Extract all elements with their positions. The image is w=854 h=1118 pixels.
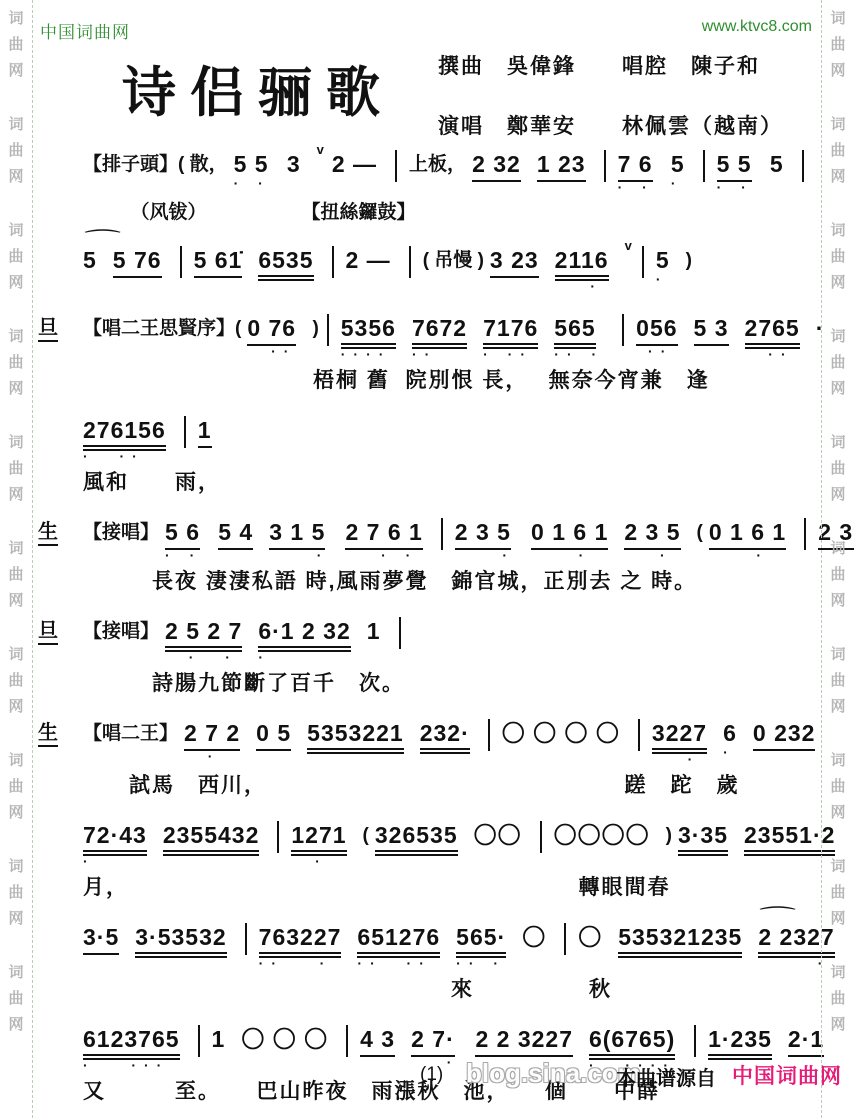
octave-dots: · bbox=[555, 281, 603, 292]
octave-dots bbox=[241, 1053, 253, 1064]
score-system: ⌒5 5 76 5 61̇ 6535 2 — ( 吊慢 )3 23 2116 ·… bbox=[38, 234, 826, 292]
note-group: 3·35 bbox=[678, 821, 728, 856]
left-watermark-column: 词曲网词曲网词曲网词曲网词曲网词曲网词曲网词曲网词曲网词曲网 bbox=[0, 0, 33, 1118]
watermark-char: 曲 bbox=[8, 350, 23, 376]
notation-token: 232· bbox=[420, 719, 470, 765]
watermark-char: 网 bbox=[8, 694, 23, 720]
notation-token: 3·5 bbox=[83, 923, 119, 966]
note-group: 0 76 bbox=[247, 314, 296, 346]
octave-dots bbox=[490, 278, 502, 289]
note-group: 2 7· bbox=[411, 1025, 455, 1057]
octave-dots bbox=[256, 751, 268, 762]
watermark-group: 词曲网 bbox=[830, 960, 845, 1038]
watermark-char: 词 bbox=[830, 536, 845, 562]
breath-mark: v bbox=[625, 238, 632, 253]
note-group: 3 23 bbox=[490, 246, 539, 278]
notation-token: 3 1 5 · bbox=[269, 518, 329, 561]
octave-dots bbox=[474, 849, 486, 860]
watermark-char: 网 bbox=[830, 270, 845, 296]
octave-dots bbox=[212, 1053, 224, 1064]
notation-token: 0 1 6 1 · bbox=[709, 518, 786, 561]
watermark-char: 网 bbox=[830, 800, 845, 826]
note-group: 6123765 bbox=[83, 1025, 180, 1060]
notation-token: 7 6· · bbox=[618, 150, 655, 193]
notation-token: 1 bbox=[212, 1025, 226, 1064]
note-group: 72·43 bbox=[83, 821, 147, 856]
octave-dots: ·· bbox=[412, 349, 449, 360]
notation-line: 276156· ··1 bbox=[38, 404, 826, 462]
score-system: 276156· ··1 風和 雨， bbox=[38, 404, 826, 496]
watermark-group: 词曲网 bbox=[830, 6, 845, 84]
watermark-group: 词曲网 bbox=[830, 536, 845, 614]
watermark-char: 曲 bbox=[830, 668, 845, 694]
notation-token: 3·53532 bbox=[135, 923, 226, 969]
octave-dots bbox=[135, 958, 147, 969]
notation-line: ⌒5 5 76 5 61̇ 6535 2 — ( 吊慢 )3 23 2116 ·… bbox=[38, 234, 826, 292]
octave-dots: ·· ·· bbox=[357, 958, 431, 969]
notation-token: 6· bbox=[723, 719, 737, 758]
octave-dots bbox=[618, 958, 630, 969]
note-group: 0 1 6 1 bbox=[709, 518, 786, 550]
notation-line: 【接唱】5 6· ·5 4 3 1 5 ·2 7 6 1 · ·2 3 5 ·0… bbox=[38, 506, 826, 561]
note-group: 5 5 bbox=[717, 150, 752, 182]
notation-token: 1 23 bbox=[537, 150, 586, 193]
breath-mark: v bbox=[317, 142, 324, 157]
octave-dots: ·· · bbox=[259, 958, 333, 969]
section-label: ( bbox=[697, 518, 703, 548]
barline bbox=[346, 1025, 348, 1057]
note-group: 3·5 bbox=[83, 923, 119, 955]
octave-dots: ·· bbox=[636, 346, 673, 357]
score-system: 【排子頭】( 散，5 5· ·3 v2 — 上板，2 32 1 23 7 6· … bbox=[38, 138, 826, 224]
barline bbox=[441, 518, 443, 550]
barline bbox=[245, 923, 247, 955]
note-group: 2 7 6 1 bbox=[345, 518, 422, 550]
page-title: 诗侣骊歌 bbox=[122, 50, 394, 127]
right-watermark-column: 词曲网词曲网词曲网词曲网词曲网词曲网词曲网词曲网词曲网词曲网 bbox=[821, 0, 854, 1118]
note-group: 〇 bbox=[522, 923, 546, 951]
watermark-char: 曲 bbox=[830, 774, 845, 800]
note-group: 056 bbox=[636, 314, 677, 346]
note-group: 5 5 bbox=[234, 150, 269, 178]
note-group: 2·1 bbox=[788, 1025, 824, 1057]
octave-dots bbox=[367, 645, 379, 656]
watermark-char: 词 bbox=[8, 854, 23, 880]
watermark-char: 网 bbox=[8, 800, 23, 826]
octave-dots bbox=[502, 747, 514, 758]
role-marker: 旦 bbox=[38, 316, 58, 342]
note-group: 2 32 bbox=[472, 150, 521, 182]
octave-dots: · bbox=[291, 856, 339, 867]
watermark-group: 词曲网 bbox=[830, 642, 845, 720]
score-system: 6123765· ···1 〇 〇 〇 4 3 2 7· ·2 2 3227 6… bbox=[38, 1013, 826, 1105]
note-group: 〇〇〇〇 bbox=[554, 821, 650, 849]
notation-token: 3 23 bbox=[490, 246, 539, 289]
octave-dots bbox=[678, 856, 690, 867]
octave-dots bbox=[472, 182, 484, 193]
note-group: 6·1 2 32 bbox=[258, 617, 350, 652]
watermark-char: 网 bbox=[830, 694, 845, 720]
note-group: 565 bbox=[554, 314, 595, 349]
watermark-char: 网 bbox=[8, 376, 23, 402]
note-group: 3227 bbox=[652, 719, 707, 754]
barline bbox=[277, 821, 279, 853]
octave-dots: · · bbox=[234, 178, 271, 189]
octave-dots bbox=[522, 951, 534, 962]
lyrics-line: 風和 雨， bbox=[38, 466, 826, 496]
score-system: 3·5 3·53532 763227·· ·651276·· ··565··· … bbox=[38, 911, 826, 1003]
section-label: ) bbox=[686, 246, 692, 276]
note-group: 〇 〇 〇 bbox=[241, 1025, 328, 1053]
watermark-group: 词曲网 bbox=[830, 854, 845, 932]
notation-token: ⌒5 bbox=[83, 246, 97, 285]
watermark-char: 词 bbox=[830, 324, 845, 350]
site-name: 中国词曲网 bbox=[40, 18, 130, 43]
note-group: 〇 〇 〇 〇 bbox=[502, 719, 620, 747]
note-group: 5353221 bbox=[307, 719, 404, 754]
octave-dots: · bbox=[83, 856, 96, 867]
score-system: 旦【唱二王思賢序】(0 76 ··)5356····7672·· 7176· ·… bbox=[38, 302, 826, 394]
note-group: 5 bbox=[83, 246, 97, 274]
watermark-char: 网 bbox=[830, 482, 845, 508]
watermark-char: 词 bbox=[8, 112, 23, 138]
octave-dots bbox=[346, 274, 358, 285]
note-group: 535321235 bbox=[618, 923, 742, 958]
notation-line: 【接唱】2 5 2 7 · ·6·1 2 32·1 bbox=[38, 605, 826, 663]
notation-token: 〇 bbox=[578, 923, 602, 962]
watermark-char: 曲 bbox=[830, 138, 845, 164]
notation-token: 565··· · bbox=[456, 923, 506, 969]
notation-token: 2 3 5 · bbox=[455, 518, 515, 561]
section-label: ) bbox=[312, 314, 318, 344]
watermark-group: 词曲网 bbox=[8, 748, 23, 826]
watermark-char: 曲 bbox=[8, 138, 23, 164]
notation-line: 72·43·2355432 1271 · (326535 〇〇 〇〇〇〇 )3·… bbox=[38, 809, 826, 867]
barline bbox=[332, 246, 334, 278]
watermark-char: 网 bbox=[830, 588, 845, 614]
note-group: 0 1 6 1 bbox=[531, 518, 608, 550]
octave-dots: · bbox=[652, 754, 700, 765]
notation-token: 2 32 bbox=[472, 150, 521, 193]
watermark-group: 词曲网 bbox=[8, 6, 23, 84]
octave-dots: · bbox=[709, 550, 769, 561]
notation-token: 〇 bbox=[522, 923, 546, 962]
watermark-char: 词 bbox=[830, 960, 845, 986]
notation-token: 5 5· · bbox=[234, 150, 271, 189]
notation-token: 1 bbox=[367, 617, 381, 656]
barline bbox=[564, 923, 566, 955]
octave-dots: · bbox=[455, 550, 515, 561]
barline bbox=[180, 246, 182, 278]
watermark-group: 词曲网 bbox=[830, 430, 845, 508]
notation-token: 2116 · bbox=[555, 246, 609, 292]
barline bbox=[638, 719, 640, 751]
watermark-group: 词曲网 bbox=[8, 324, 23, 402]
tie-arc: ⌒ bbox=[760, 911, 795, 921]
watermark-char: 网 bbox=[8, 588, 23, 614]
section-label: ( 吊慢 ) bbox=[423, 246, 484, 276]
notation-token: 2 — bbox=[332, 150, 377, 189]
notation-token: 72·43· bbox=[83, 821, 147, 867]
octave-dots: ·· bbox=[745, 349, 794, 360]
notation-token: 0 5 bbox=[256, 719, 291, 762]
watermark-char: 网 bbox=[830, 164, 845, 190]
watermark-char: 词 bbox=[830, 854, 845, 880]
octave-dots: · · bbox=[717, 182, 754, 193]
watermark-char: 网 bbox=[830, 376, 845, 402]
note-group: 2 2 3227 bbox=[475, 1025, 573, 1057]
watermark-char: 词 bbox=[830, 748, 845, 774]
score-system: 旦【接唱】2 5 2 7 · ·6·1 2 32·1 詩腸九節斷了百千 次。 bbox=[38, 605, 826, 697]
octave-dots bbox=[770, 178, 782, 189]
note-group: 7 6 bbox=[618, 150, 653, 182]
notation-token: 0 232 bbox=[753, 719, 816, 762]
watermark-group: 词曲网 bbox=[8, 112, 23, 190]
watermark-group: 词曲网 bbox=[8, 218, 23, 296]
octave-dots bbox=[83, 955, 95, 966]
octave-dots bbox=[194, 278, 206, 289]
watermark-char: 词 bbox=[830, 642, 845, 668]
octave-dots bbox=[198, 448, 210, 459]
notation-line: 3·5 3·53532 763227·· ·651276·· ··565··· … bbox=[38, 911, 826, 969]
note-group: 5 bbox=[671, 150, 685, 178]
octave-dots: · bbox=[269, 550, 329, 561]
octave-dots: · bbox=[723, 747, 736, 758]
note-group: 1271 bbox=[291, 821, 346, 856]
blog-watermark: blog.sina.com bbox=[466, 1058, 641, 1089]
notation-token: 5 5· · bbox=[717, 150, 754, 193]
note-group: 2 7 2 bbox=[184, 719, 240, 751]
watermark-char: 网 bbox=[8, 482, 23, 508]
notation-token: 326535 bbox=[375, 821, 458, 867]
note-group: 〇 bbox=[578, 923, 602, 951]
score-system: 生【唱二王】2 7 2 ·0 5 5353221 232· 〇 〇 〇 〇 32… bbox=[38, 707, 826, 799]
octave-dots: · ·· bbox=[83, 451, 145, 462]
barline bbox=[409, 246, 411, 278]
octave-dots bbox=[83, 274, 95, 285]
notation-token: 3·35 bbox=[678, 821, 728, 867]
note-group: 651276 bbox=[357, 923, 440, 958]
note-group: 7672 bbox=[412, 314, 467, 349]
notation-token: 6·1 2 32· bbox=[258, 617, 350, 663]
notation-token: 2355432 bbox=[163, 821, 260, 867]
notation-token: 2 — bbox=[346, 246, 391, 285]
notation-token: 3 bbox=[287, 150, 301, 189]
watermark-char: 曲 bbox=[830, 350, 845, 376]
watermark-char: 词 bbox=[8, 324, 23, 350]
barline bbox=[488, 719, 490, 751]
watermark-char: 曲 bbox=[8, 456, 23, 482]
notation-token: 056 ·· bbox=[636, 314, 677, 357]
watermark-char: 网 bbox=[8, 58, 23, 84]
note-group: 5 bbox=[770, 150, 784, 178]
role-marker: 生 bbox=[38, 721, 58, 747]
octave-dots: · bbox=[671, 178, 684, 189]
octave-dots bbox=[744, 856, 756, 867]
notation-token: 0 1 6 1 · bbox=[531, 518, 608, 561]
note-group: 2 — bbox=[346, 246, 391, 274]
lyrics-line: 長夜 淒淒私語 時,風雨夢覺 錦官城，正別去 之 時。 bbox=[38, 565, 826, 595]
barline bbox=[703, 150, 705, 182]
note-group: 6535 bbox=[258, 246, 313, 281]
note-group: 0 232 bbox=[753, 719, 816, 751]
lyrics-line: 試馬 西川， 蹉 跎 歲 bbox=[38, 769, 826, 799]
watermark-char: 词 bbox=[8, 536, 23, 562]
watermark-group: 词曲网 bbox=[8, 536, 23, 614]
barline bbox=[184, 416, 186, 448]
notation-line: 【唱二王】2 7 2 ·0 5 5353221 232· 〇 〇 〇 〇 322… bbox=[38, 707, 826, 765]
notation-token: 5 4 bbox=[218, 518, 253, 561]
lyrics-line: 梧桐 舊 院別恨 長， 無奈今宵兼 逢 bbox=[38, 364, 826, 394]
watermark-char: 网 bbox=[8, 906, 23, 932]
note-group: 2 — bbox=[332, 150, 377, 178]
octave-dots: · · bbox=[345, 550, 418, 561]
octave-dots bbox=[113, 278, 125, 289]
notation-token: 5· bbox=[671, 150, 685, 189]
note-group: 3·53532 bbox=[135, 923, 226, 958]
barline bbox=[198, 1025, 200, 1057]
watermark-char: 词 bbox=[8, 6, 23, 32]
octave-dots: · ·· bbox=[483, 349, 533, 360]
notation-token: 0 76 ·· bbox=[247, 314, 296, 357]
section-label: 上板， bbox=[409, 150, 466, 180]
watermark-char: 词 bbox=[830, 430, 845, 456]
note-group: 232· bbox=[420, 719, 470, 754]
watermark-char: 曲 bbox=[8, 562, 23, 588]
role-marker: 生 bbox=[38, 520, 58, 546]
section-label: ( bbox=[363, 821, 369, 851]
notation-token: 2 3 5 · bbox=[624, 518, 680, 561]
note-group: 326535 bbox=[375, 821, 458, 856]
barline bbox=[694, 1025, 696, 1057]
barline bbox=[642, 246, 644, 278]
role-marker: 旦 bbox=[38, 619, 58, 645]
watermark-char: 词 bbox=[8, 642, 23, 668]
octave-dots bbox=[375, 856, 387, 867]
octave-dots: · · bbox=[165, 652, 238, 663]
octave-dots: ·· bbox=[247, 346, 296, 357]
notation-token: 5 6· · bbox=[165, 518, 202, 561]
section-label: ) bbox=[666, 821, 672, 851]
note-group: 2 3 5 bbox=[624, 518, 680, 550]
watermark-char: 词 bbox=[8, 748, 23, 774]
watermark-char: 曲 bbox=[830, 456, 845, 482]
note-group: 1·235 bbox=[708, 1025, 772, 1060]
notation-token: 565·· · bbox=[554, 314, 604, 360]
watermark-group: 词曲网 bbox=[8, 430, 23, 508]
octave-dots: · bbox=[624, 550, 672, 561]
note-group: 1 bbox=[212, 1025, 226, 1053]
notation-token: 1271 · bbox=[291, 821, 346, 867]
watermark-char: 网 bbox=[8, 1012, 23, 1038]
watermark-char: 曲 bbox=[830, 880, 845, 906]
note-group: 5 76 bbox=[113, 246, 162, 278]
octave-dots: ·· · bbox=[456, 958, 506, 969]
note-group: 2116 bbox=[555, 246, 609, 281]
octave-dots bbox=[694, 346, 706, 357]
notation-token: 〇〇〇〇 bbox=[554, 821, 650, 860]
notation-token: 1 bbox=[198, 416, 212, 459]
barline bbox=[802, 150, 804, 182]
note-group: 2765 bbox=[745, 314, 800, 349]
site-url: www.ktvc8.com bbox=[702, 18, 812, 36]
watermark-char: 曲 bbox=[8, 986, 23, 1012]
notation-token: 2 7 6 1 · · bbox=[345, 518, 422, 561]
section-label: 【接唱】 bbox=[83, 518, 159, 548]
octave-dots bbox=[163, 856, 175, 867]
note-group: 6(6765) bbox=[589, 1025, 675, 1060]
notation-token: 5 76 bbox=[113, 246, 162, 289]
notation-token: 〇〇 bbox=[474, 821, 522, 860]
watermark-group: 词曲网 bbox=[830, 218, 845, 296]
section-label: 【唱二王】 bbox=[83, 719, 178, 749]
source-prefix: 本曲谱源自 bbox=[616, 1062, 716, 1091]
watermark-char: 网 bbox=[830, 58, 845, 84]
octave-dots: · bbox=[184, 751, 220, 762]
watermark-char: 词 bbox=[8, 218, 23, 244]
note-group: 1 23 bbox=[537, 150, 586, 182]
watermark-group: 词曲网 bbox=[830, 748, 845, 826]
note-group: 5 4 bbox=[218, 518, 253, 550]
barline bbox=[622, 314, 624, 346]
note-group: 5 bbox=[656, 246, 670, 274]
notation-token: 276156· ·· bbox=[83, 416, 166, 462]
barline bbox=[540, 821, 542, 853]
credits-line2: 演唱 鄭華安 林佩雲（越南） bbox=[438, 115, 783, 138]
page-number: (1) bbox=[420, 1064, 443, 1086]
watermark-char: 曲 bbox=[8, 880, 23, 906]
octave-dots bbox=[554, 849, 566, 860]
notation-token: 2 7 2 · bbox=[184, 719, 240, 762]
watermark-char: 曲 bbox=[830, 986, 845, 1012]
notation-token: 4 3 bbox=[360, 1025, 395, 1068]
notation-token: 2 7· · bbox=[411, 1025, 459, 1068]
watermark-group: 词曲网 bbox=[8, 854, 23, 932]
octave-dots: · ··· bbox=[83, 1060, 169, 1071]
octave-dots: · · bbox=[165, 550, 202, 561]
note-group: 3 bbox=[287, 150, 301, 178]
notation-token: 5353221 bbox=[307, 719, 404, 765]
section-label: 【排子頭】( 散， bbox=[83, 150, 228, 180]
note-group: 1 bbox=[198, 416, 212, 448]
score-system: 72·43·2355432 1271 · (326535 〇〇 〇〇〇〇 )3·… bbox=[38, 809, 826, 901]
note-group: 1 bbox=[367, 617, 381, 645]
watermark-group: 词曲网 bbox=[8, 642, 23, 720]
notation-token: 6123765· ··· bbox=[83, 1025, 180, 1071]
watermark-char: 曲 bbox=[8, 774, 23, 800]
notation-token: 535321235 bbox=[618, 923, 742, 969]
note-group: 5 6 bbox=[165, 518, 200, 550]
lyrics-line: 詩腸九節斷了百千 次。 bbox=[38, 667, 826, 697]
watermark-char: 曲 bbox=[8, 32, 23, 58]
note-group: 763227 bbox=[259, 923, 342, 958]
note-group: 2 5 2 7 bbox=[165, 617, 242, 652]
watermark-char: 曲 bbox=[830, 32, 845, 58]
watermark-char: 曲 bbox=[830, 244, 845, 270]
octave-dots: ···· bbox=[341, 349, 392, 360]
watermark-group: 词曲网 bbox=[830, 324, 845, 402]
octave-dots: ·· · bbox=[554, 349, 604, 360]
note-group: 5 3 bbox=[694, 314, 729, 346]
watermark-char: 词 bbox=[830, 112, 845, 138]
notation-line: 【排子頭】( 散，5 5· ·3 v2 — 上板，2 32 1 23 7 6· … bbox=[38, 138, 826, 193]
note-group: 6 bbox=[723, 719, 737, 747]
octave-dots bbox=[218, 550, 230, 561]
octave-dots bbox=[753, 751, 765, 762]
note-group: 7176 bbox=[483, 314, 538, 349]
notation-token: 5 61̇ bbox=[194, 246, 243, 289]
notation-token: 5 3 bbox=[694, 314, 729, 357]
